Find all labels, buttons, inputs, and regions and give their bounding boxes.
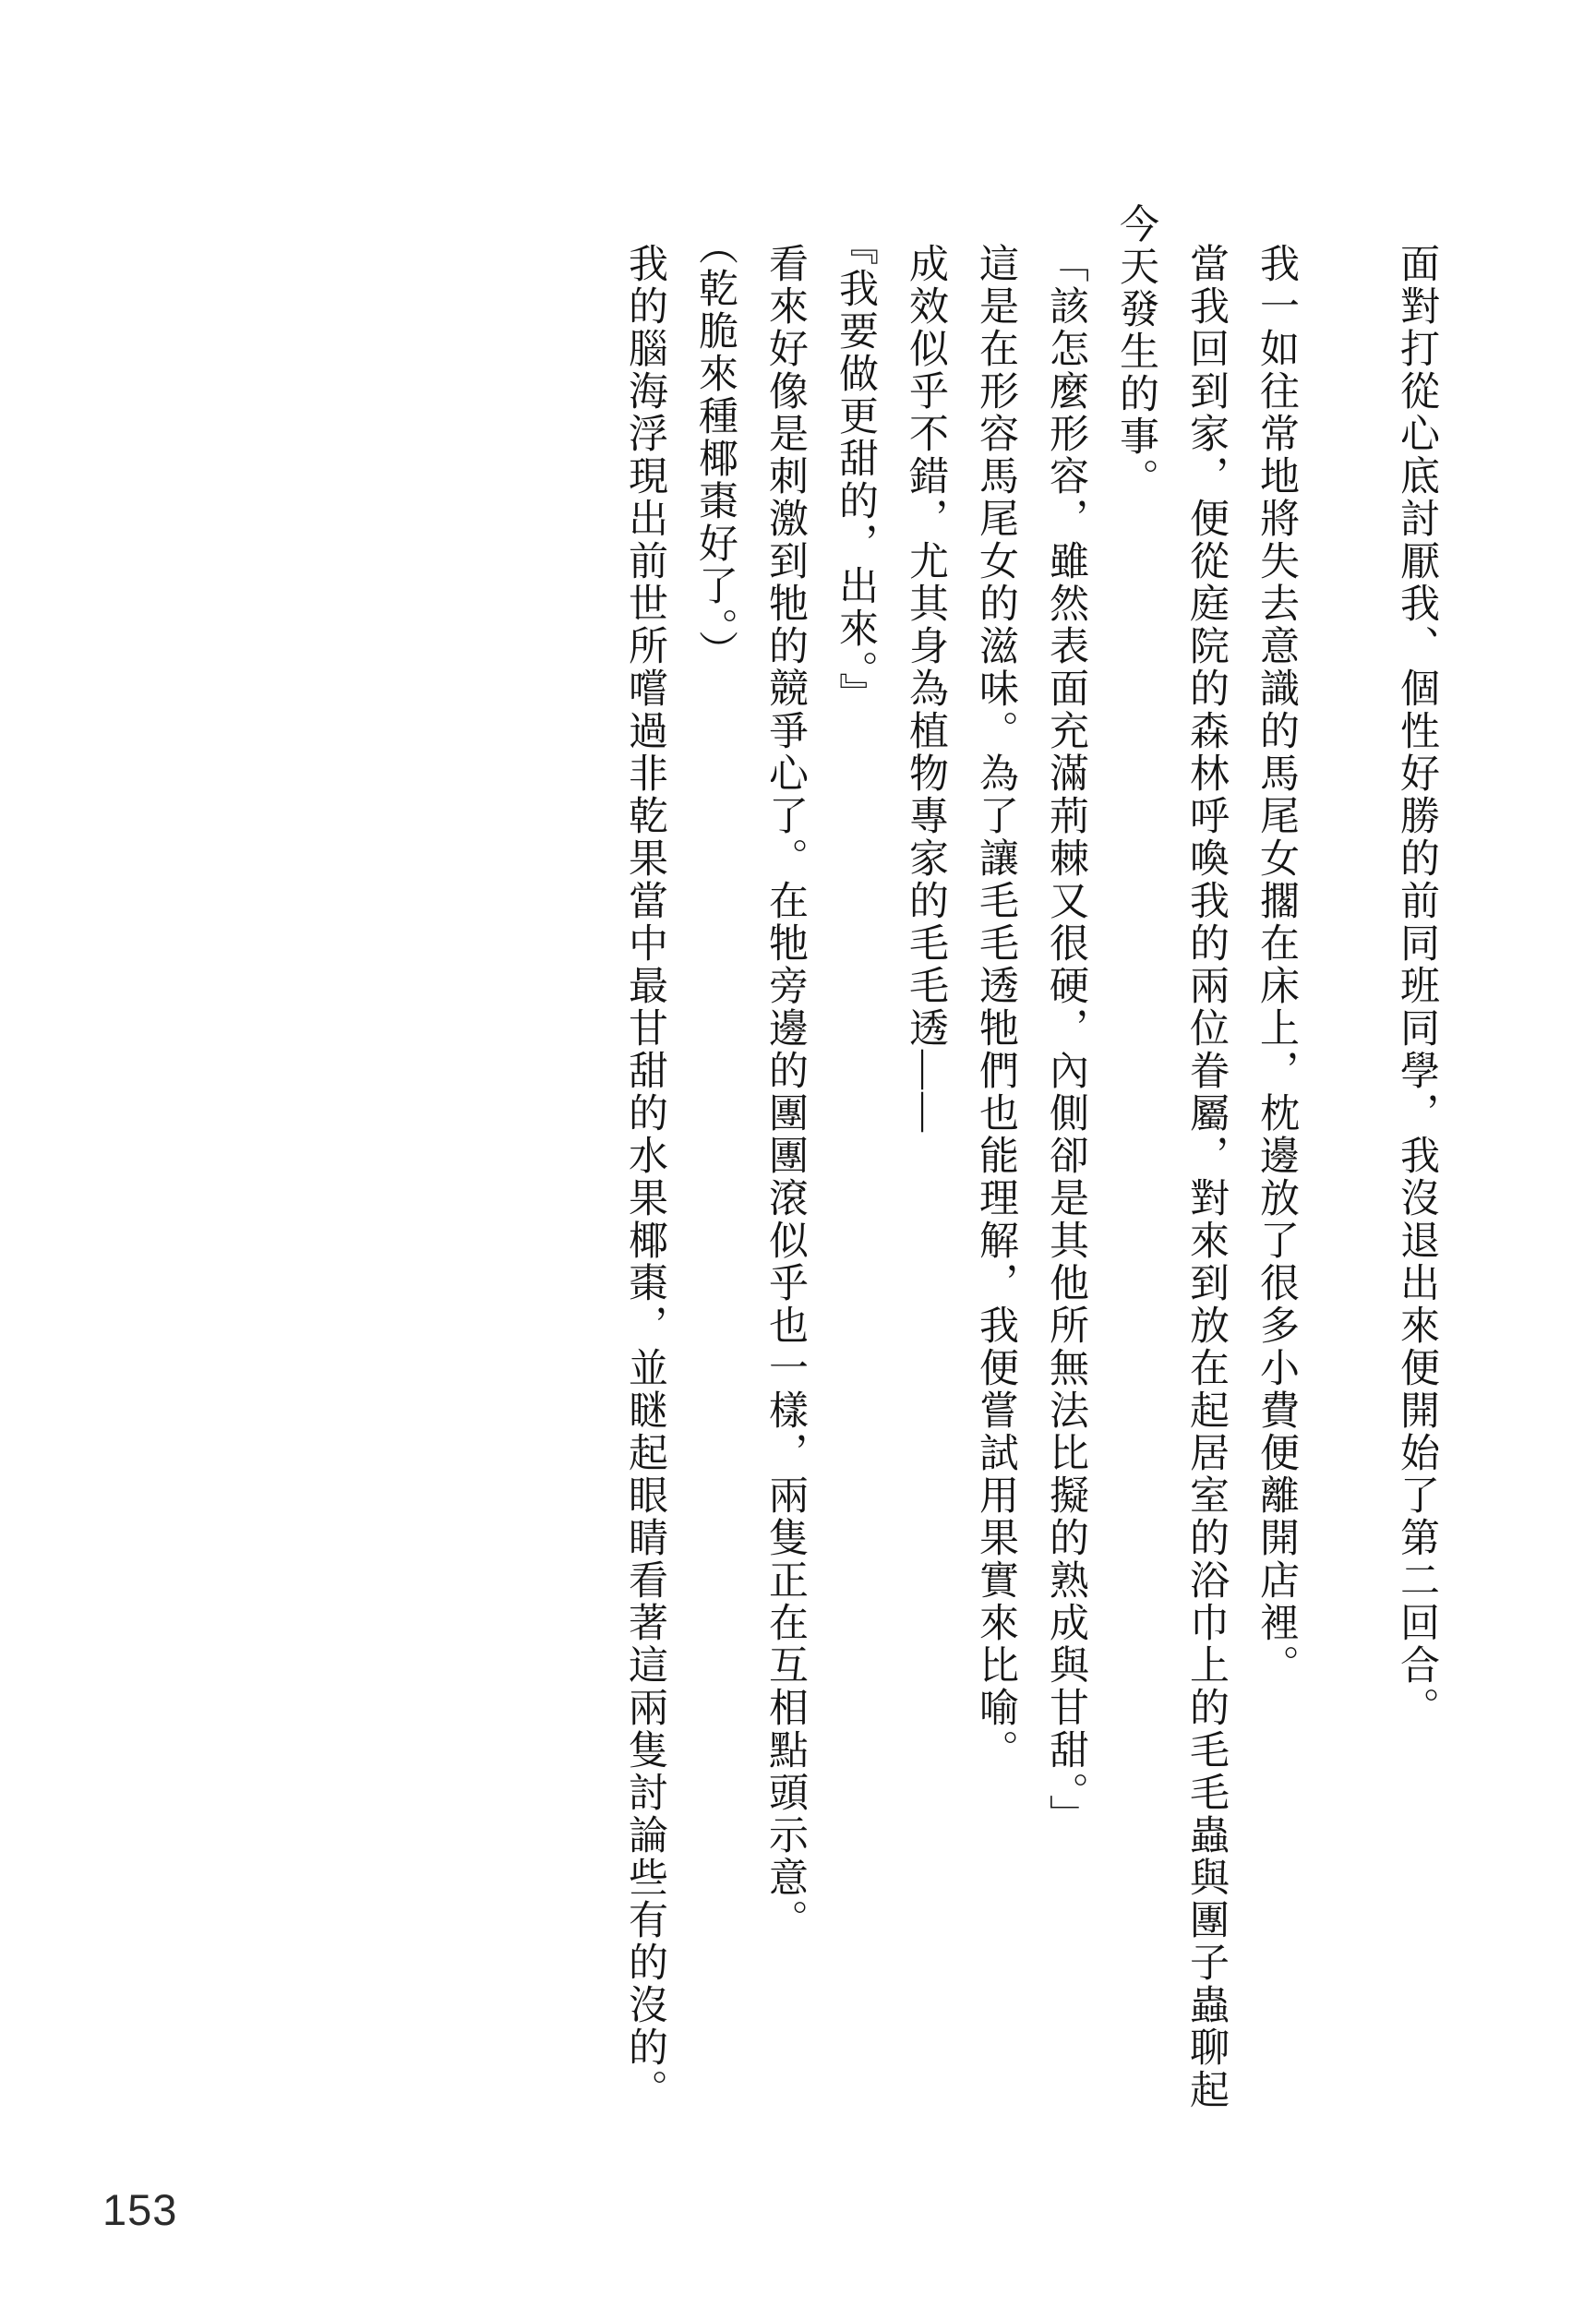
- paragraph: 這是在形容馬尾女的滋味。為了讓毛毛透牠們也能理解，我便嘗試用果實來比喻。: [960, 203, 1030, 2114]
- page-number: 153: [102, 2184, 177, 2235]
- book-page: 面對打從心底討厭我、個性好勝的前同班同學，我沒退出來便開始了第二回合。 我一如往…: [0, 0, 1596, 2308]
- paragraph: 看來好像是刺激到牠的競爭心了。在牠旁邊的團團滾似乎也一樣，兩隻正在互相點頭示意。: [750, 203, 820, 2114]
- paragraph-dialogue: 『我要做更甜的，出來。』: [820, 203, 890, 2114]
- paragraph-dialogue: 「該怎麼形容，雖然表面充滿荊棘又很硬，內側卻是其他所無法比擬的熟成與甘甜。」: [1030, 203, 1100, 2114]
- paragraph-thought: （乾脆來種椰棗好了。）: [679, 203, 750, 2114]
- paragraph: 我一如往常地將失去意識的馬尾女擱在床上，枕邊放了很多小費便離開店裡。: [1241, 203, 1311, 2114]
- vertical-text-area: 面對打從心底討厭我、個性好勝的前同班同學，我沒退出來便開始了第二回合。 我一如往…: [609, 203, 1451, 2114]
- paragraph: 成效似乎不錯，尤其身為植物專家的毛毛透——: [890, 203, 960, 2114]
- paragraph: 面對打從心底討厭我、個性好勝的前同班同學，我沒退出來便開始了第二回合。: [1381, 203, 1451, 2114]
- section-break: [1311, 203, 1381, 2114]
- paragraph: 我的腦海浮現出前世所嚐過非乾果當中最甘甜的水果椰棗，並瞇起眼睛看著這兩隻討論些有…: [609, 203, 679, 2114]
- paragraph: 當我回到家，便從庭院的森林呼喚我的兩位眷屬，對來到放在起居室的浴巾上的毛毛蟲與團…: [1100, 203, 1241, 2114]
